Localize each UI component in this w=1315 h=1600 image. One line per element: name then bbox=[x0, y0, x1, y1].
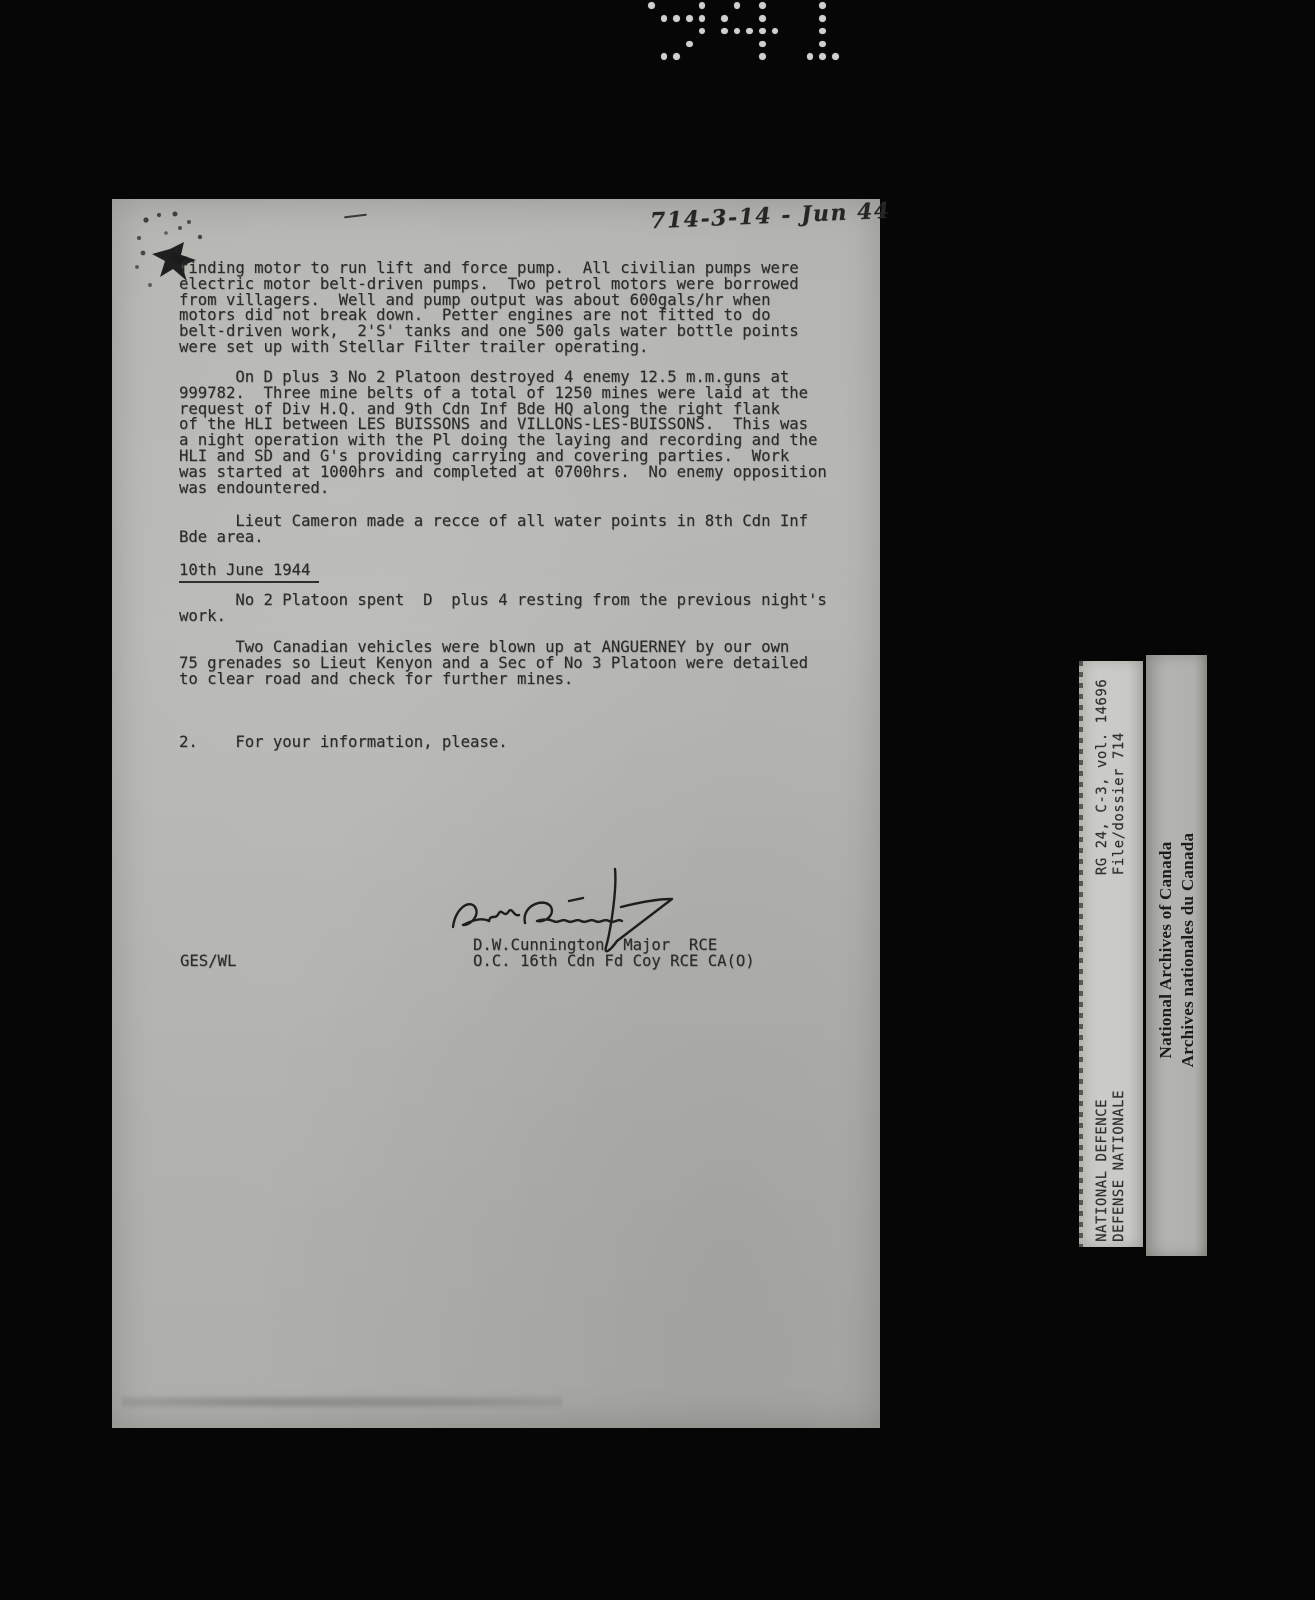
typed-item-2: 2. For your information, please. bbox=[179, 735, 508, 751]
microfilm-frame-number bbox=[645, 0, 865, 66]
typed-paragraph-resting: No 2 Platoon spent D plus 4 resting from… bbox=[179, 593, 827, 625]
national-defence-line1: NATIONAL DEFENCE bbox=[1094, 1090, 1111, 1242]
national-archives-label: National Archives of Canada Archives nat… bbox=[1155, 833, 1199, 1068]
archive-reference-line2: File/dossier 714 bbox=[1111, 679, 1128, 875]
national-defence-line2: DEFENSE NATIONALE bbox=[1111, 1090, 1128, 1242]
national-archives-line1: National Archives of Canada bbox=[1155, 833, 1177, 1068]
date-heading: 10th June 1944 bbox=[179, 560, 319, 583]
typist-initials: GES/WL bbox=[180, 954, 236, 970]
dot-digit bbox=[718, 0, 782, 63]
archive-label-strip-archives: National Archives of Canada Archives nat… bbox=[1146, 655, 1207, 1256]
typed-paragraph-mines: On D plus 3 No 2 Platoon destroyed 4 ene… bbox=[179, 370, 827, 496]
archive-reference-line1: RG 24, C-3, vol. 14696 bbox=[1094, 679, 1111, 875]
perforated-edge bbox=[1079, 661, 1083, 1247]
pen-mark bbox=[344, 214, 367, 219]
handwritten-file-reference: 714-3-14 - Jun 44 bbox=[650, 198, 892, 234]
document-page: 714-3-14 - Jun 44 finding motor to run l… bbox=[112, 199, 880, 1428]
typed-paragraph-vehicles: Two Canadian vehicles were blown up at A… bbox=[179, 640, 808, 687]
scanned-document-background: { "colors":{ "background":"#060606", "pa… bbox=[0, 0, 1315, 1600]
dot-digit bbox=[645, 0, 709, 63]
archive-reference-label: RG 24, C-3, vol. 14696 File/dossier 714 bbox=[1094, 679, 1128, 875]
date-heading-text: 10th June 1944 bbox=[179, 563, 319, 583]
typed-paragraph-pumps: finding motor to run lift and force pump… bbox=[179, 261, 799, 356]
national-defence-label: NATIONAL DEFENCE DEFENSE NATIONALE bbox=[1094, 1090, 1128, 1242]
dot-digit bbox=[791, 0, 855, 63]
national-archives-line2: Archives nationales du Canada bbox=[1177, 833, 1199, 1068]
pencil-smudge bbox=[122, 1394, 562, 1410]
archive-label-strip-defence: RG 24, C-3, vol. 14696 File/dossier 714 … bbox=[1079, 661, 1143, 1247]
signature-typed-unit: O.C. 16th Cdn Fd Coy RCE CA(O) bbox=[473, 954, 755, 970]
typed-paragraph-recce: Lieut Cameron made a recce of all water … bbox=[179, 514, 808, 546]
